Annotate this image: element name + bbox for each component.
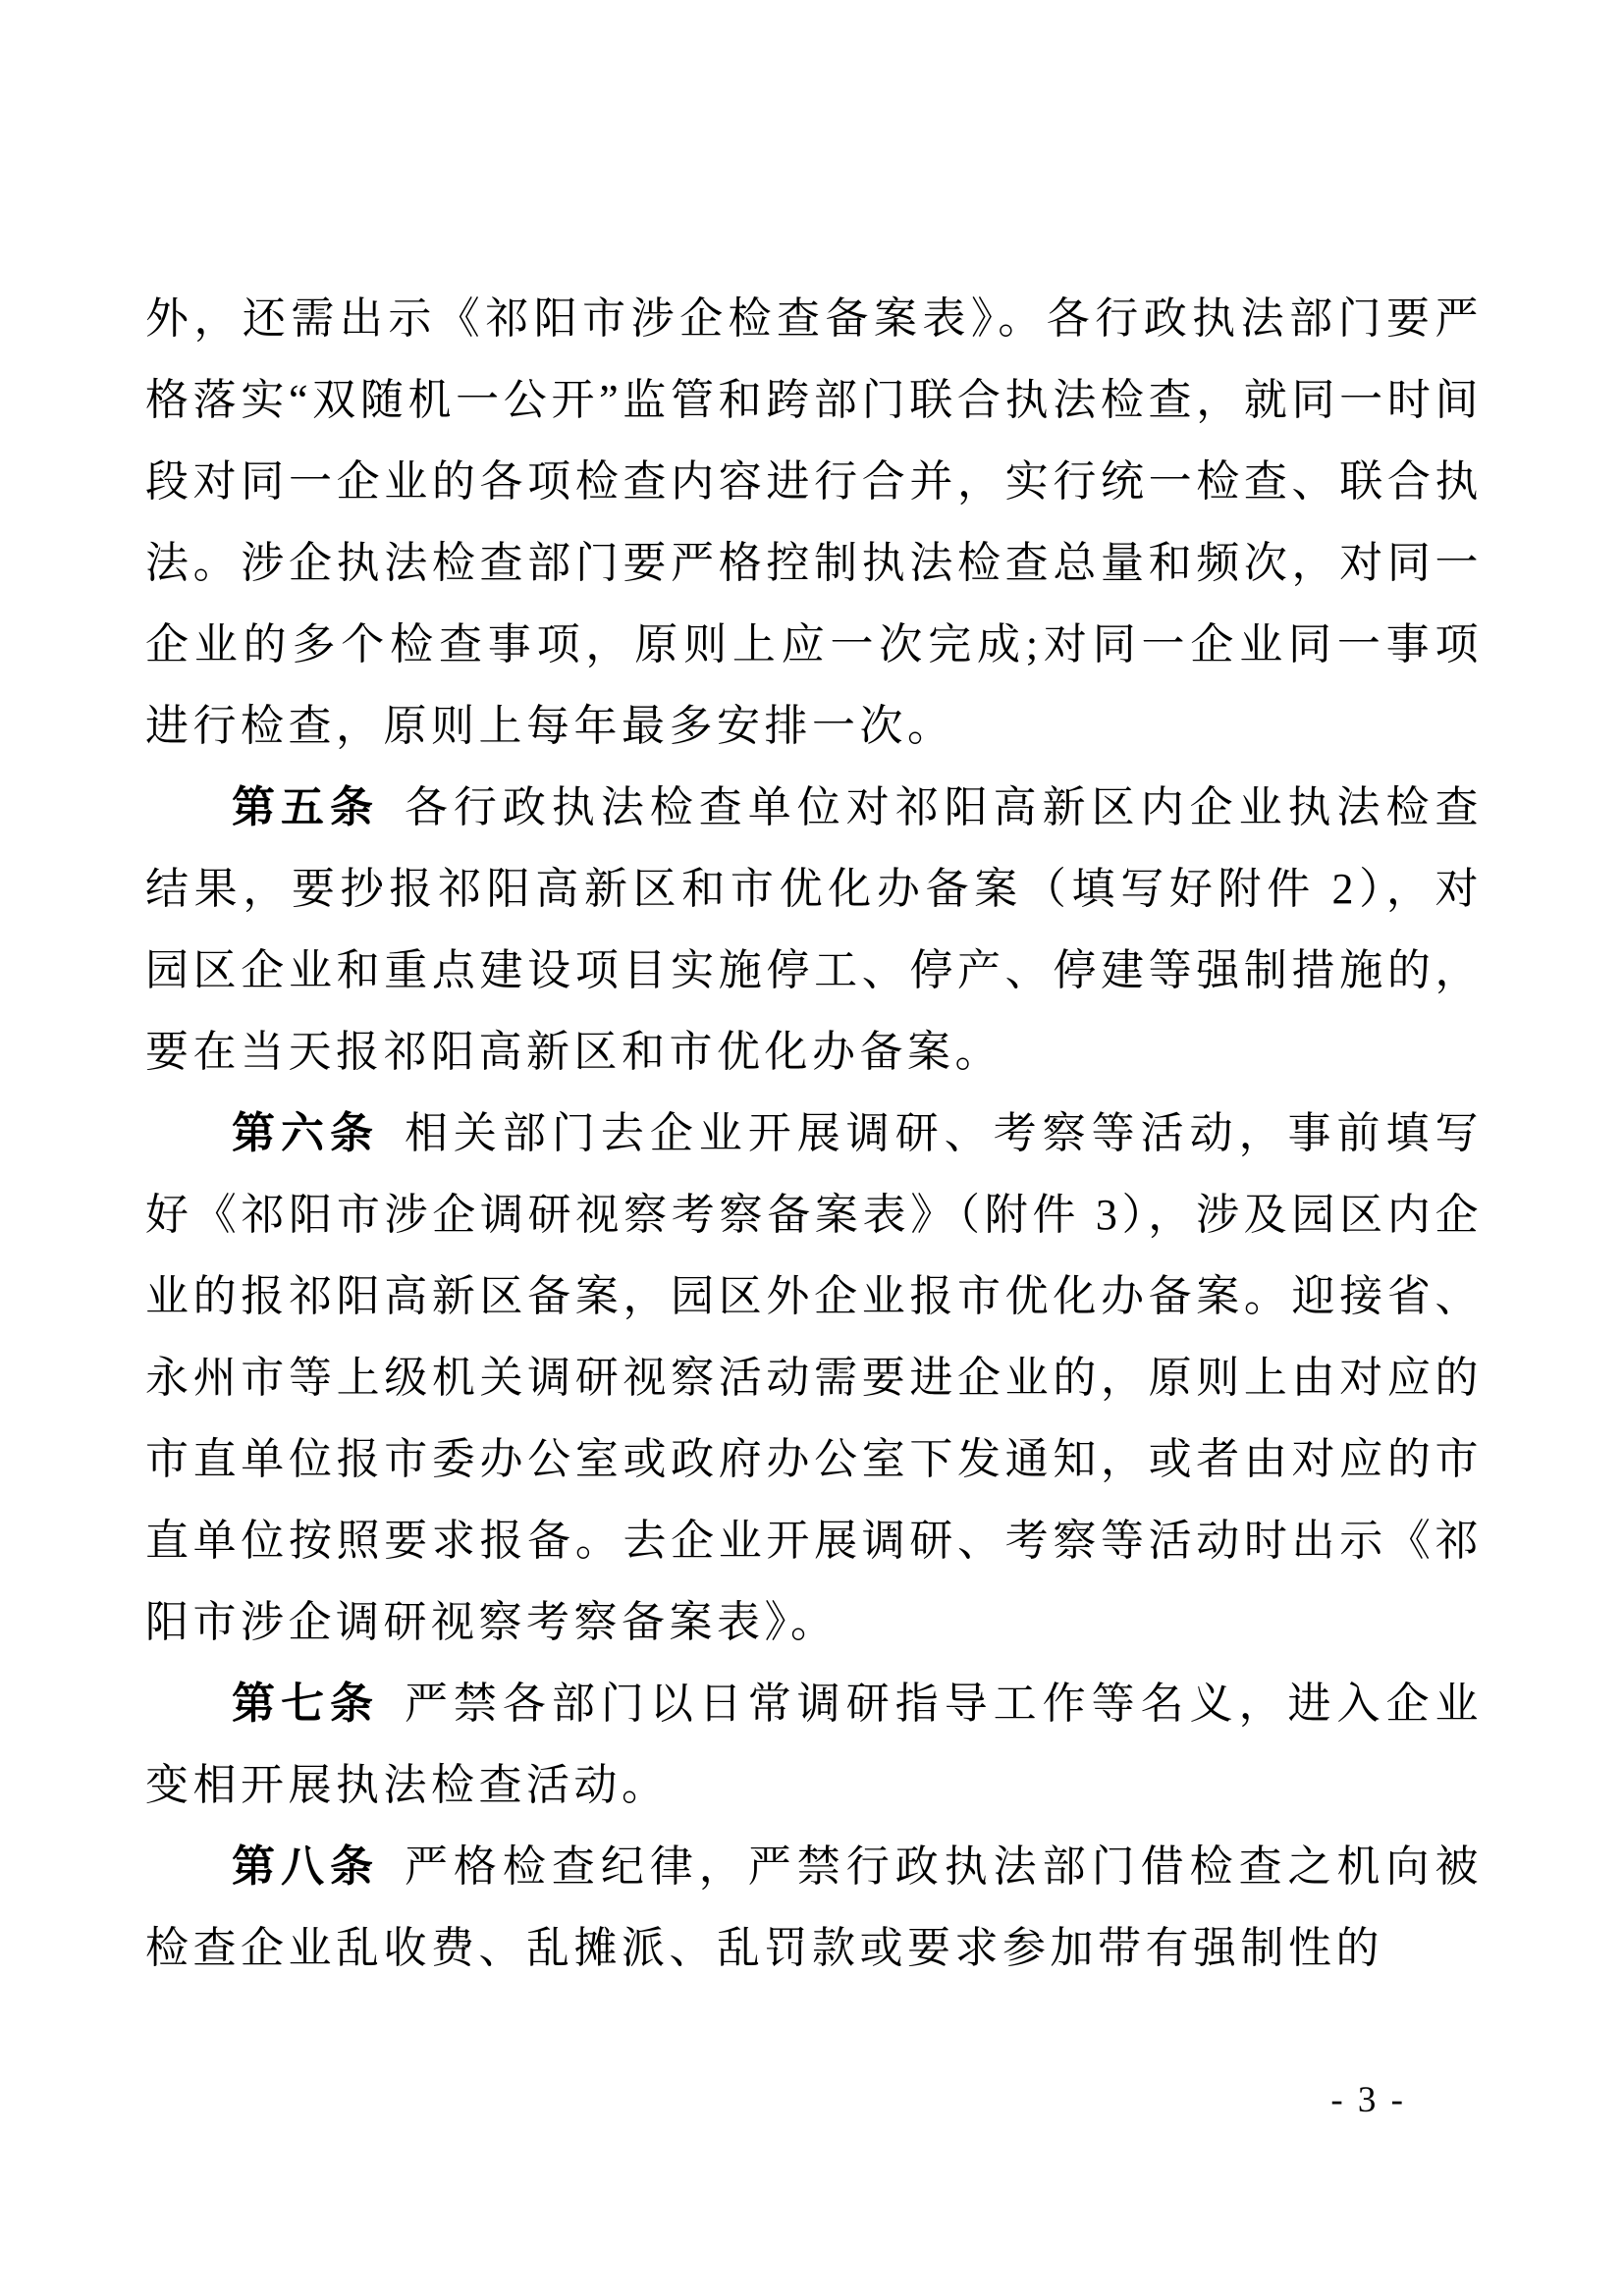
body-paragraph-continuation: 外，还需出示《祁阳市涉企检查备案表》。各行政执法部门要严格落实“双随机一公开”监… (145, 278, 1483, 767)
body-paragraph-article-8: 第八条严格检查纪律，严禁行政执法部门借检查之机向被检查企业乱收费、乱摊派、乱罚款… (145, 1826, 1483, 1989)
article-heading-5: 第五条 (232, 783, 379, 831)
body-paragraph-article-7: 第七条严禁各部门以日常调研指导工作等名义，进入企业变相开展执法检查活动。 (145, 1663, 1483, 1826)
document-page: 外，还需出示《祁阳市涉企检查备案表》。各行政执法部门要严格落实“双随机一公开”监… (0, 0, 1624, 2296)
page-number: - 3 - (1330, 2079, 1406, 2122)
body-paragraph-article-6: 第六条相关部门去企业开展调研、考察等活动，事前填写好《祁阳市涉企调研视察考察备案… (145, 1093, 1483, 1663)
paragraph-text: 外，还需出示《祁阳市涉企检查备案表》。各行政执法部门要严格落实“双随机一公开”监… (145, 294, 1483, 750)
body-paragraph-article-5: 第五条各行政执法检查单位对祁阳高新区内企业执法检查结果，要抄报祁阳高新区和市优化… (145, 767, 1483, 1093)
article-heading-8: 第八条 (232, 1842, 379, 1891)
article-heading-6: 第六条 (232, 1109, 379, 1157)
article-heading-7: 第七条 (232, 1680, 379, 1728)
paragraph-text: 相关部门去企业开展调研、考察等活动，事前填写好《祁阳市涉企调研视察考察备案表》（… (145, 1109, 1483, 1646)
document-body: 外，还需出示《祁阳市涉企检查备案表》。各行政执法部门要严格落实“双随机一公开”监… (145, 278, 1483, 1989)
